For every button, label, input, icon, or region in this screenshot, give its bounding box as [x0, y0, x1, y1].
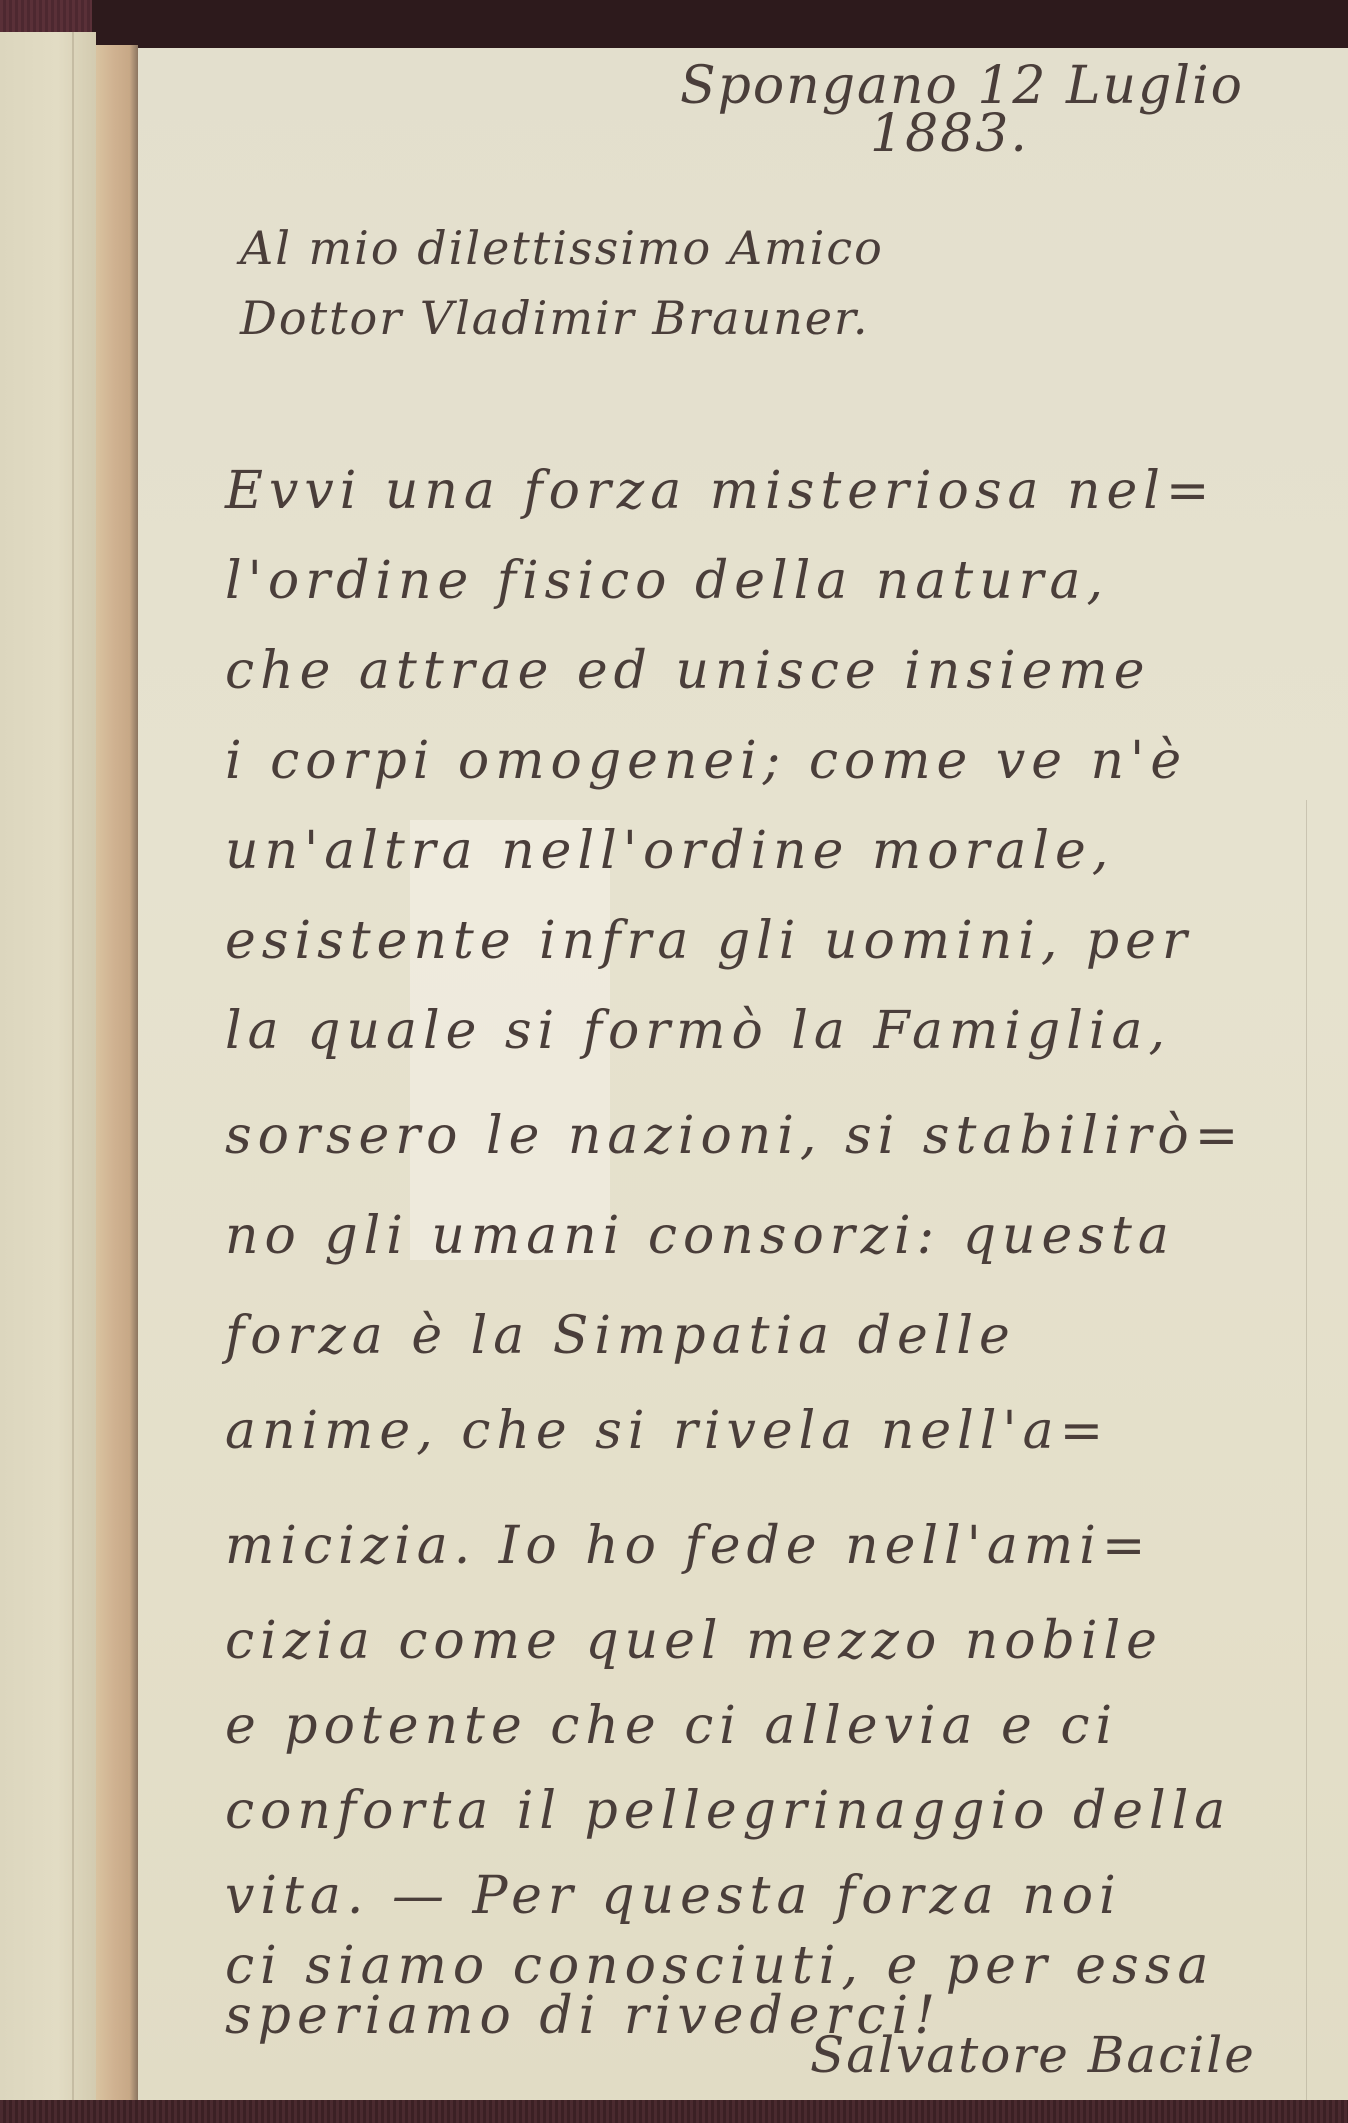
signature: Salvatore Bacile: [810, 2030, 1256, 2080]
body-line: un'altra nell'ordine morale,: [225, 825, 1114, 877]
body-line: anime, che si rivela nell'a=: [225, 1405, 1109, 1457]
body-line: l'ordine fisico della natura,: [225, 555, 1109, 607]
body-line: no gli umani consorzi: questa: [225, 1210, 1175, 1262]
salutation-line-1: Al mio dilettissimo Amico: [240, 225, 884, 271]
body-line: conforta il pellegrinaggio della: [225, 1785, 1231, 1837]
binding-hinge: [96, 45, 138, 2105]
body-line: la quale si formò la Famiglia,: [225, 1005, 1171, 1057]
body-line: vita. — Per questa forza noi: [225, 1870, 1122, 1922]
date-year: 1883.: [870, 108, 1029, 160]
body-line: i corpi omogenei; come ve n'è: [225, 735, 1187, 787]
body-line: Evvi una forza misteriosa nel=: [225, 465, 1216, 517]
body-line: forza è la Simpatia delle: [225, 1310, 1016, 1362]
endpaper-crease: [72, 32, 74, 2102]
salutation-line-2: Dottor Vladimir Brauner.: [240, 295, 870, 341]
body-line: sorsero le nazioni, si stabilirò=: [225, 1110, 1244, 1162]
body-line: e potente che ci allevia e ci: [225, 1700, 1118, 1752]
book-cover-top-dark: [92, 0, 1348, 48]
body-line: micizia. Io ho fede nell'ami=: [225, 1520, 1151, 1572]
body-line: ci siamo conosciuti, e per essa: [225, 1940, 1214, 1992]
body-line: che attrae ed unisce insieme: [225, 645, 1150, 697]
endpaper-left: [0, 32, 96, 2102]
page-margin-line: [1306, 800, 1307, 2100]
body-line: esistente infra gli uomini, per: [225, 915, 1193, 967]
body-line: cizia come quel mezzo nobile: [225, 1615, 1163, 1667]
book-cover-bottom-edge: [0, 2100, 1348, 2123]
